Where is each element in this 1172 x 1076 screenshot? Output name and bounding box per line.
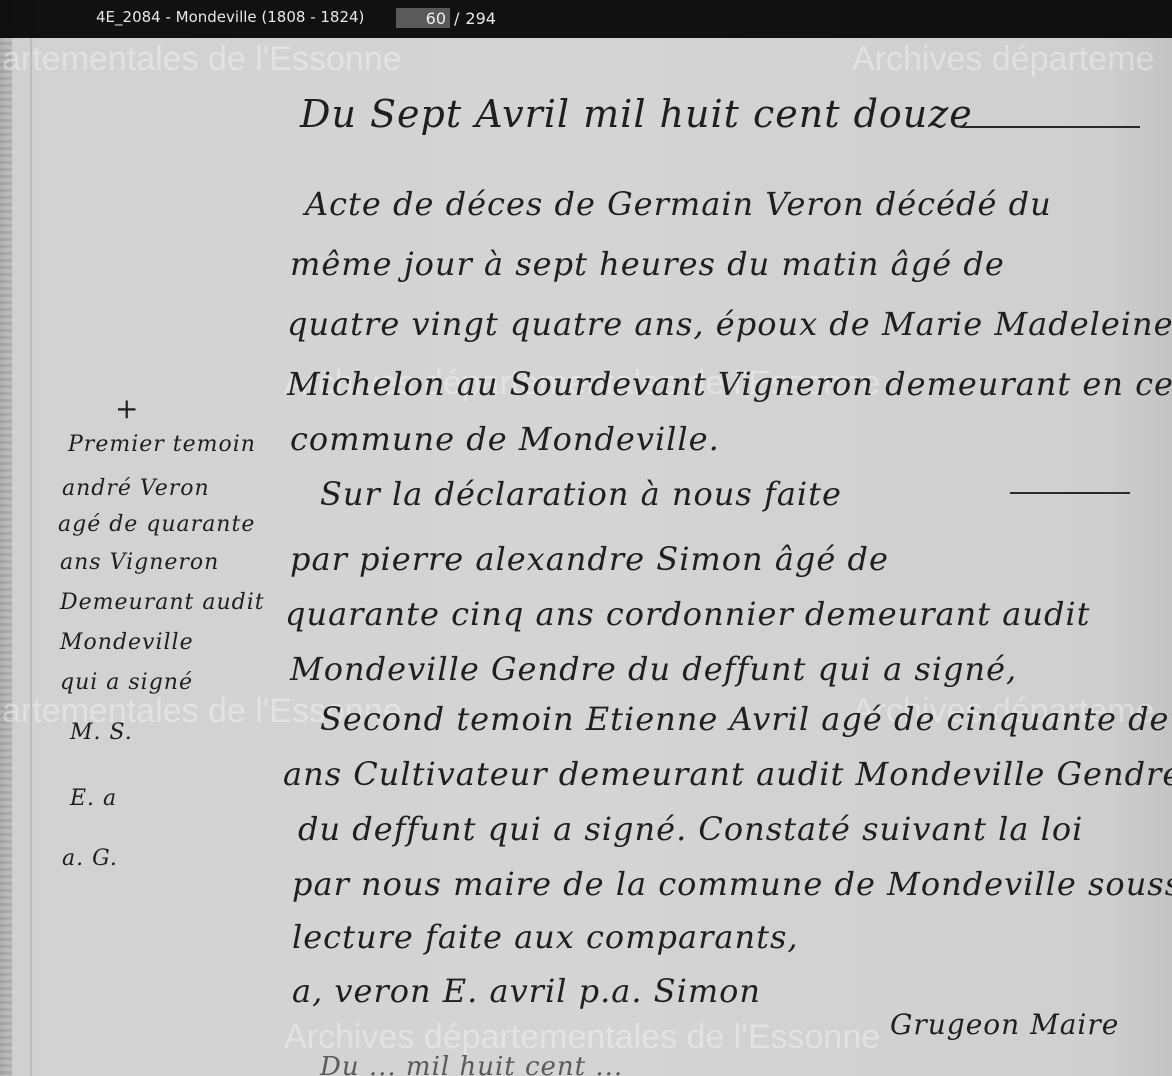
watermark: artementales de l'Essonne — [2, 40, 402, 79]
page-separator: / — [454, 9, 459, 28]
entry-heading: Du Sept Avril mil huit cent douze — [300, 92, 973, 136]
manuscript-line: par pierre alexandre Simon âgé de — [290, 540, 889, 578]
manuscript-line: Sur la déclaration à nous faite — [320, 475, 842, 513]
manuscript-line: ans Cultivateur demeurant audit Mondevil… — [283, 755, 1172, 793]
heading-flourish — [960, 126, 1140, 128]
line-filler — [1010, 492, 1130, 494]
margin-cross: + — [115, 392, 139, 425]
current-page-input[interactable] — [396, 8, 450, 28]
margin-line: agé de quarante — [58, 512, 255, 537]
manuscript-line: même jour à sept heures du matin âgé de — [290, 245, 1005, 283]
register-title: 4E_2084 - Mondeville (1808 - 1824) — [96, 8, 364, 26]
total-pages: 294 — [465, 9, 496, 28]
next-entry-partial: Du ... mil huit cent ... — [320, 1052, 623, 1076]
viewer-toolbar: 4E_2084 - Mondeville (1808 - 1824) / 294 — [0, 0, 1172, 38]
page-navigator: / 294 — [396, 8, 496, 28]
watermark: Archives départeme — [852, 40, 1154, 79]
document-viewer[interactable]: artementales de l'Essonne Archives dépar… — [0, 0, 1172, 1076]
manuscript-line: Second temoin Etienne Avril agé de cinqu… — [320, 700, 1172, 738]
margin-line: Premier temoin — [68, 432, 256, 457]
margin-signature: E. a — [70, 786, 117, 811]
manuscript-line: quatre vingt quatre ans, époux de Marie … — [287, 305, 1172, 343]
margin-line: Mondeville — [60, 630, 194, 655]
manuscript-line: quarante cinq ans cordonnier demeurant a… — [285, 595, 1091, 633]
margin-line: qui a signé — [60, 670, 193, 695]
manuscript-line: commune de Mondeville. — [290, 420, 720, 458]
scanned-page: artementales de l'Essonne Archives dépar… — [0, 0, 1172, 1076]
margin-line: Demeurant audit — [60, 590, 265, 615]
margin-line: andré Veron — [62, 476, 210, 501]
signatures-line: a, veron E. avril p.a. Simon — [292, 972, 761, 1010]
manuscript-line: Michelon au Sourdevant Vigneron demeuran… — [287, 365, 1172, 403]
manuscript-line: Mondeville Gendre du deffunt qui a signé… — [290, 650, 1017, 688]
manuscript-line: Acte de déces de Germain Veron décédé du — [305, 185, 1052, 223]
margin-signature: M. S. — [70, 720, 133, 745]
manuscript-line: lecture faite aux comparants, — [292, 918, 799, 956]
manuscript-line: du deffunt qui a signé. Constaté suivant… — [298, 810, 1083, 848]
manuscript-line: par nous maire de la commune de Mondevil… — [292, 865, 1172, 903]
margin-line: ans Vigneron — [60, 550, 219, 575]
margin-signature: a. G. — [62, 846, 118, 871]
mayor-signature: Grugeon Maire — [890, 1008, 1119, 1041]
